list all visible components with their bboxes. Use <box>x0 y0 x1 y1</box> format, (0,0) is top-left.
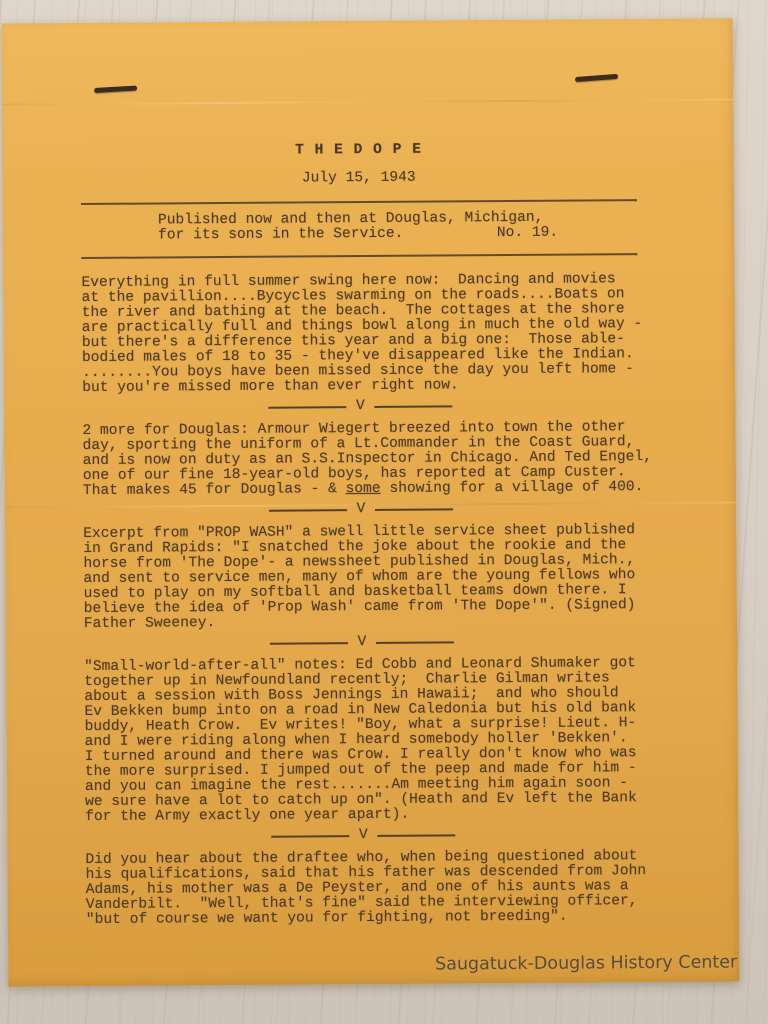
divider-dash <box>375 405 453 408</box>
newsletter-title: T H E D O P E <box>80 141 636 160</box>
paragraph-prop-wash: Excerpt from "PROP WASH" a swell little … <box>83 523 676 632</box>
newsletter-date: July 15, 1943 <box>81 169 637 188</box>
paragraph-text: showing for a village of 400. <box>381 479 644 497</box>
newsletter-content: T H E D O P E July 15, 1943 Published no… <box>80 141 677 928</box>
divider-dash <box>271 835 349 838</box>
underlined-word: some <box>346 481 381 497</box>
paragraph-small-world-notes: "Small-world-after-all" notes: Ed Cobb a… <box>84 656 677 825</box>
divider-dash <box>270 642 348 645</box>
section-divider: V <box>82 397 638 416</box>
divider-v-label: V <box>358 635 367 650</box>
masthead-line2: for its sons in the Service. <box>158 227 403 244</box>
newsletter-page: T H E D O P E July 15, 1943 Published no… <box>2 18 740 986</box>
paper-crease <box>2 98 733 105</box>
staple-icon <box>575 74 618 82</box>
issue-number: No. 19. <box>497 226 558 241</box>
divider-dash <box>269 509 347 512</box>
divider-dash <box>268 406 346 409</box>
masthead: Published now and then at Douglas, Michi… <box>158 211 558 244</box>
divider-dash <box>376 641 454 644</box>
divider-dash <box>375 508 453 511</box>
archive-watermark: Saugatuck-Douglas History Center <box>435 952 737 974</box>
masthead-rule-bottom <box>81 253 637 259</box>
divider-v-label: V <box>357 502 366 517</box>
paragraph-draftee-joke: Did you hear about the draftee who, when… <box>85 849 678 928</box>
paragraph-two-more-for-douglas: 2 more for Douglas: Armour Wiegert breez… <box>82 420 675 499</box>
section-divider: V <box>85 826 641 845</box>
masthead-rule-top <box>81 199 637 205</box>
divider-v-label: V <box>359 828 368 843</box>
paragraph-summer-news: Everything in full summer swing here now… <box>81 272 674 396</box>
section-divider: V <box>84 633 640 652</box>
divider-v-label: V <box>356 399 365 414</box>
section-divider: V <box>83 500 639 519</box>
divider-dash <box>378 834 456 837</box>
staple-icon <box>94 85 137 93</box>
